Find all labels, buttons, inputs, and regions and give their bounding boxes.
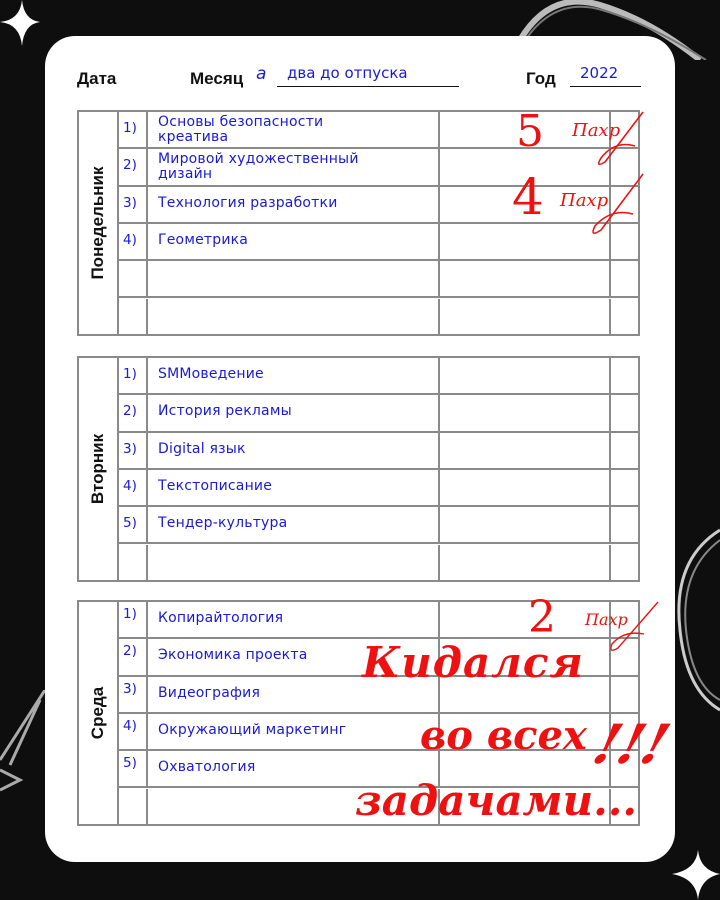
month-label: Месяц xyxy=(190,69,243,89)
lesson-subject: Мировой художественныйдизайн xyxy=(158,152,434,182)
grade-cell xyxy=(440,299,611,336)
date-label: Дата xyxy=(77,69,116,89)
lesson-number: 3) xyxy=(123,441,137,457)
grade-cell xyxy=(440,470,611,505)
month-suffix: а xyxy=(256,64,266,84)
lesson-subject: История рекламы xyxy=(158,404,434,419)
month-value: два до отпуска xyxy=(287,64,408,82)
lesson-number: 3) xyxy=(123,195,137,211)
signature-stroke xyxy=(600,600,660,655)
grade-cell xyxy=(440,433,611,468)
lesson-subject: Окружающий маркетинг xyxy=(158,723,434,738)
grade-mark: 5 xyxy=(516,106,544,157)
table-row: 5)Тендер-культура xyxy=(119,507,638,544)
grade-cell xyxy=(440,395,611,430)
signature-stroke xyxy=(595,110,645,170)
lesson-subject: Охватология xyxy=(158,760,434,775)
lesson-subject: Основы безопасностикреатива xyxy=(158,115,434,145)
day-name: Понедельник xyxy=(88,166,108,279)
lesson-number: 5) xyxy=(123,515,137,531)
teacher-note-line-1: Кидался xyxy=(362,638,584,687)
lesson-number: 1) xyxy=(123,120,137,136)
grade-cell xyxy=(440,261,611,296)
table-row: 4)Текстописание xyxy=(119,470,638,507)
lesson-number: 2) xyxy=(123,157,137,173)
lesson-number: 2) xyxy=(123,643,137,659)
table-row: 2)История рекламы xyxy=(119,395,638,432)
grade-mark: 4 xyxy=(512,168,544,226)
day-table-tuesday: Вторник 1)SMMоведение 2)История рекламы … xyxy=(77,356,640,582)
lesson-subject: Технология разработки xyxy=(158,196,434,211)
chrome-spike-decoration xyxy=(0,690,45,800)
day-column: Среда xyxy=(79,602,119,824)
grade-cell xyxy=(440,545,611,582)
grade-mark: 2 xyxy=(528,592,556,643)
table-row: 1)Копирайтология xyxy=(119,602,638,639)
lesson-number: 5) xyxy=(123,755,137,771)
signature-stroke xyxy=(585,170,645,240)
lesson-number: 4) xyxy=(123,718,137,734)
diary-header: Дата Месяц а два до отпуска Год 2022 xyxy=(0,0,720,100)
lesson-number: 1) xyxy=(123,606,137,622)
chrome-loop-decoration xyxy=(672,520,720,720)
lesson-subject: Геометрика xyxy=(158,233,434,248)
sparkle-icon xyxy=(672,850,720,900)
table-row: 1)SMMоведение xyxy=(119,358,638,395)
teacher-note-line-2: во всех xyxy=(420,712,587,759)
table-row: 3)Digital язык xyxy=(119,433,638,470)
day-name: Среда xyxy=(88,687,108,739)
lesson-number: 4) xyxy=(123,232,137,248)
year-label: Год xyxy=(526,69,556,89)
table-row: 1)Основы безопасностикреатива xyxy=(119,112,638,149)
table-row: 2)Мировой художественныйдизайн xyxy=(119,149,638,186)
lesson-subject: Текстописание xyxy=(158,479,434,494)
table-row xyxy=(119,299,638,336)
lesson-subject: SMMоведение xyxy=(158,367,434,382)
year-value: 2022 xyxy=(580,64,618,82)
lesson-subject: Тендер-культура xyxy=(158,516,434,531)
table-row xyxy=(119,545,638,582)
teacher-note-line-3: задачами... xyxy=(355,776,637,825)
grade-cell xyxy=(440,358,611,393)
grade-cell xyxy=(440,507,611,542)
table-row xyxy=(119,261,638,298)
year-underline xyxy=(570,86,641,87)
lesson-number: 4) xyxy=(123,478,137,494)
lesson-subject: Копирайтология xyxy=(158,611,434,626)
lesson-number: 1) xyxy=(123,366,137,382)
day-column: Вторник xyxy=(79,358,119,580)
lesson-subject: Видеография xyxy=(158,686,434,701)
day-table-monday: Понедельник 1)Основы безопасностикреатив… xyxy=(77,110,640,336)
month-underline xyxy=(277,86,459,87)
day-column: Понедельник xyxy=(79,112,119,334)
day-name: Вторник xyxy=(88,434,108,504)
lesson-number: 3) xyxy=(123,681,137,697)
lesson-number: 2) xyxy=(123,403,137,419)
table-row: 4)Геометрика xyxy=(119,224,638,261)
lesson-subject: Digital язык xyxy=(158,442,434,457)
